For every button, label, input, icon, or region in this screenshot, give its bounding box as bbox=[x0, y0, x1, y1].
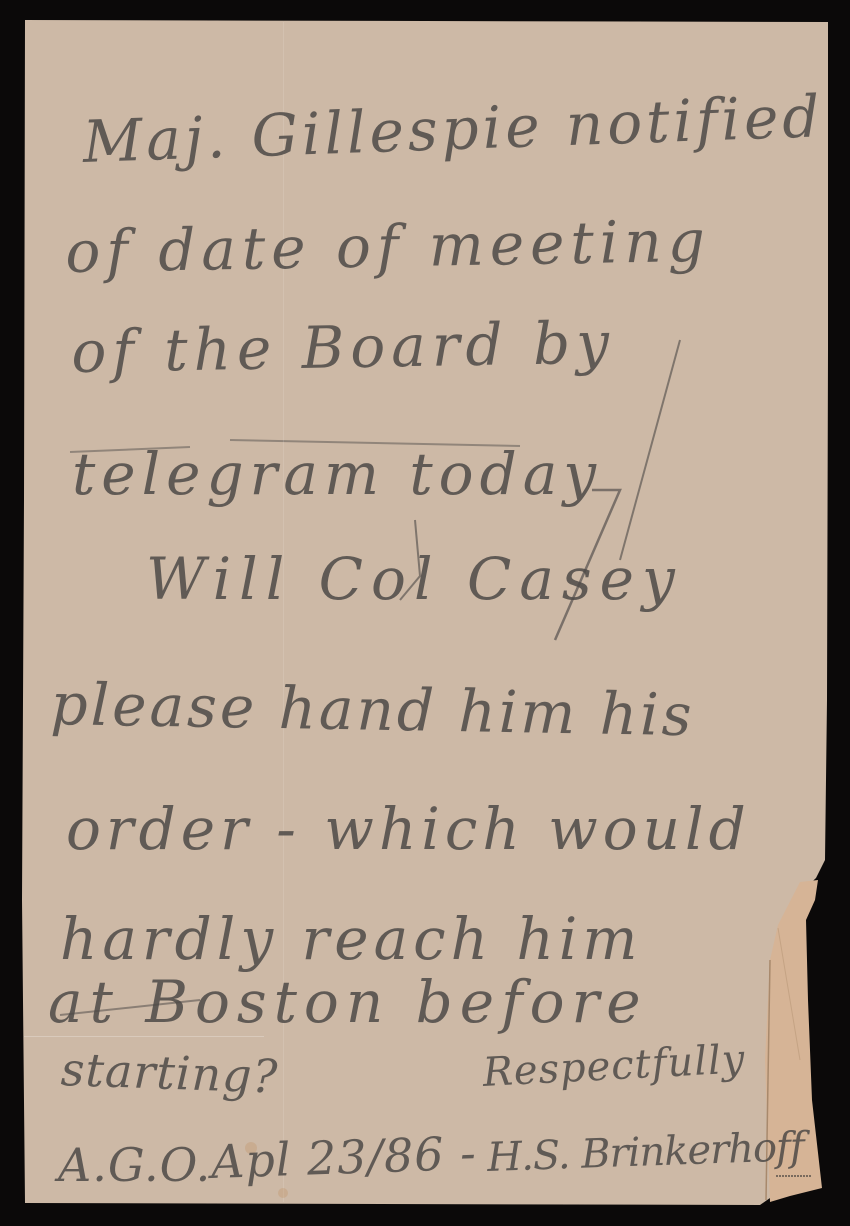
letter-date: Apl 23/86 - bbox=[210, 1126, 477, 1189]
handwritten-line: please hand him his bbox=[50, 670, 695, 749]
paper-stain bbox=[278, 1188, 288, 1198]
handwritten-line: of the Board by bbox=[71, 309, 616, 386]
handwritten-line: at Boston before bbox=[48, 968, 648, 1036]
handwritten-line: hardly reach him bbox=[60, 905, 642, 973]
office-abbreviation: A.G.O. bbox=[58, 1138, 211, 1192]
handwritten-line: Will Col Casey bbox=[146, 545, 683, 613]
handwritten-line: telegram today bbox=[72, 440, 602, 508]
handwritten-line: of date of meeting bbox=[65, 207, 711, 286]
handwritten-line: starting? bbox=[60, 1042, 279, 1104]
handwritten-line: order - which would bbox=[66, 795, 751, 863]
paper-fold-horizontal bbox=[24, 1036, 264, 1037]
